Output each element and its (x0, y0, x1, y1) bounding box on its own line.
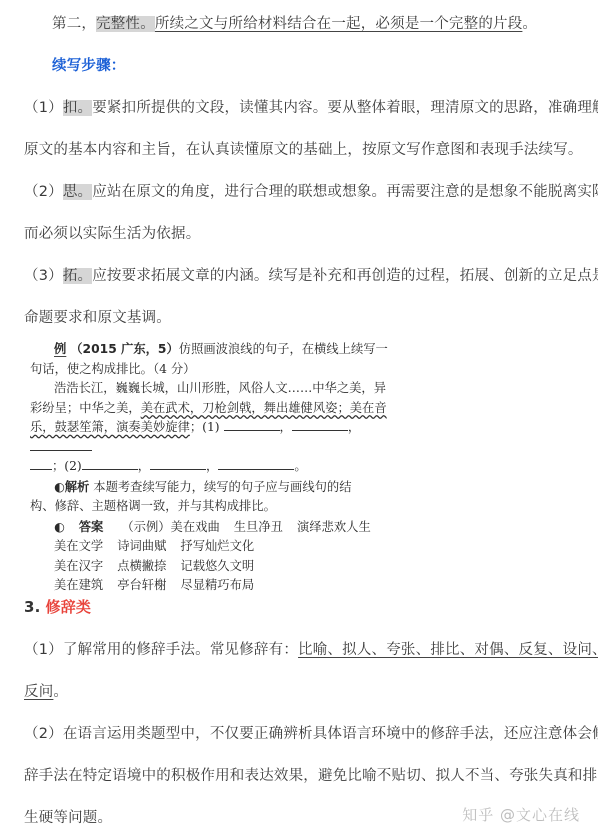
answer-cell: 美在文学 (54, 537, 103, 557)
answer-prefix: （示例） (121, 518, 170, 538)
answer-cell: 美在建筑 (54, 576, 103, 596)
answer-tag: 答案 (79, 518, 104, 538)
section-3-p1-line-2: 反问。 (24, 680, 68, 701)
example-analysis-line-1: ◐解析 本题考查续写能力，续写的句子应与画线句的结 (30, 477, 390, 498)
blank-sep: ， (280, 420, 292, 434)
answer-cell: 尽显精巧布局 (180, 576, 254, 596)
blank-sep: ， (206, 459, 218, 473)
answer-blank (82, 457, 138, 470)
answer-cell: 美在汉字 (54, 557, 103, 577)
example-answer-row-3: 美在汉字点横撇捺记载悠久文明 (30, 557, 390, 577)
example-image-block: 例 （2015 广东，5）仿照画波浪线的句子，在横线上续写一 句话，使之构成排比… (30, 340, 390, 596)
step-2-num: （2） (24, 184, 63, 200)
example-blank-line-2: ；(2)，，。 (30, 457, 390, 477)
section-3-p1-line-1: （1）了解常用的修辞手法。常见修辞有：比喻、拟人、夸张、排比、对偶、反复、设问、 (24, 638, 598, 659)
intro-line: 第二，完整性。所续之文与所给材料结合在一起，必须是一个完整的片段。 (52, 12, 537, 33)
p1-line2-underlined: 反问 (24, 684, 53, 700)
example-question-line-1: 例 （2015 广东，5）仿照画波浪线的句子，在横线上续写一 (30, 340, 390, 360)
answer-cell: 抒写灿烂文化 (180, 537, 254, 557)
answer-cell: 记载悠久文明 (180, 557, 254, 577)
answer-cell: 美在戏曲 (171, 518, 220, 538)
step-2-line-1: （2）思。应站在原文的角度，进行合理的联想或想象。再需要注意的是想象不能脱离实际… (24, 180, 598, 201)
section-3-p2-line-1: （2）在语言运用类题型中，不仅要正确辨析具体语言环境中的修辞手法，还应注意体会修 (24, 722, 598, 743)
passage-b-plain: 彩纷呈；中华之美， (30, 401, 141, 415)
step-2-highlight: 思。 (63, 184, 92, 200)
answer-blank (224, 418, 280, 431)
step-2-text-1: 应站在原文的角度，进行合理的联想或想象。再需要注意的是想象不能脱离实际， (92, 184, 598, 200)
passage-c-tail: ；(1) (190, 420, 220, 434)
step-3-highlight: 拓。 (63, 268, 92, 284)
example-passage-a: 浩浩长江，巍巍长城，山川形胜，风俗人文……中华之美，异 (30, 379, 390, 399)
example-label: 例 (54, 342, 66, 356)
section-3-heading: 3. 修辞类 (24, 596, 91, 617)
blank-end: 。 (294, 459, 306, 473)
answer-cell: 演绎悲欢人生 (297, 518, 371, 538)
step-3-line-2: 命题要求和原文基调。 (24, 306, 171, 327)
example-question-line-2: 句话，使之构成排比。（4 分） (30, 360, 390, 380)
step-3-line-1: （3）拓。应按要求拓展文章的内涵。续写是补充和再创造的过程，拓展、创新的立足点是 (24, 264, 598, 285)
answer-blank (150, 457, 206, 470)
step-1-text-1: 要紧扣所提供的文段，读懂其内容。要从整体着眼，理清原文的思路，准确理解 (92, 100, 598, 116)
passage-b-wavy: 美在武术，刀枪剑戟，舞出雄健风姿；美在音 (141, 401, 387, 415)
section-3-p2-line-3: 生硬等问题。 (24, 806, 112, 827)
example-passage-c: 乐，鼓瑟笙箫，演奏美妙旋律；(1) ，， (30, 418, 390, 457)
answer-blank (30, 438, 92, 451)
step-2-line-2: 而必须以实际生活为依据。 (24, 222, 200, 243)
example-analysis-line-2: 构、修辞、主题格调一致，并与其构成排比。 (30, 497, 390, 517)
example-source: （2015 广东，5） (70, 342, 179, 356)
analysis-marker-icon: ◐ (54, 479, 65, 494)
p1-line2-suffix: 。 (53, 684, 68, 700)
example-question-1: 仿照画波浪线的句子，在横线上续写一 (179, 342, 388, 356)
blank2-prefix: ；(2) (52, 459, 82, 473)
intro-suffix: 。 (522, 16, 537, 32)
step-1-num: （1） (24, 100, 63, 116)
example-answer-row-1: ◐答案（示例）美在戏曲生旦净丑演绎悲欢人生 (30, 517, 390, 538)
example-answer-row-2: 美在文学诗词曲赋抒写灿烂文化 (30, 537, 390, 557)
intro-underlined: 所续之文与所给材料结合在一起，必须是一个完整的片段 (155, 16, 523, 32)
answer-blank (30, 457, 52, 470)
step-1-line-1: （1）扣。要紧扣所提供的文段，读懂其内容。要从整体着眼，理清原文的思路，准确理解 (24, 96, 598, 117)
intro-prefix: 第二， (52, 16, 96, 32)
example-answer-row-4: 美在建筑亭台轩榭尽显精巧布局 (30, 576, 390, 596)
blank-sep: ， (138, 459, 150, 473)
watermark: 知乎 @文心在线 (462, 804, 580, 825)
answer-cell: 点横撇捺 (117, 557, 166, 577)
answer-cell: 生旦净丑 (234, 518, 283, 538)
analysis-tag: 解析 (65, 480, 90, 494)
answer-cell: 诗词曲赋 (117, 537, 166, 557)
step-1-line-2: 原文的基本内容和主旨，在认真读懂原文的基础上，按原文写作意图和表现手法续写。 (24, 138, 583, 159)
answer-cell: 亭台轩榭 (117, 576, 166, 596)
p1-prefix: （1）了解常用的修辞手法。常见修辞有： (24, 642, 298, 658)
section-3-p2-line-2: 辞手法在特定语境中的积极作用和表达效果，避免比喻不贴切、拟人不当、夸张失真和排比 (24, 764, 598, 785)
steps-heading: 续写步骤： (52, 54, 126, 75)
passage-c-wavy: 乐，鼓瑟笙箫，演奏美妙旋律 (30, 420, 190, 434)
answer-marker-icon: ◐ (54, 517, 65, 537)
section-3-num: 3. (24, 598, 41, 616)
answer-blank (218, 457, 294, 470)
answer-blank (292, 418, 348, 431)
section-3-title: 修辞类 (46, 598, 92, 616)
step-3-text-1: 应按要求拓展文章的内涵。续写是补充和再创造的过程，拓展、创新的立足点是 (92, 268, 598, 284)
step-3-num: （3） (24, 268, 63, 284)
intro-highlight: 完整性。 (96, 16, 155, 32)
p1-underlined: 比喻、拟人、夸张、排比、对偶、反复、设问、 (298, 642, 598, 658)
blank-sep: ， (348, 420, 360, 434)
example-passage-b: 彩纷呈；中华之美，美在武术，刀枪剑戟，舞出雄健风姿；美在音 (30, 399, 390, 419)
analysis-text-1: 本题考查续写能力，续写的句子应与画线句的结 (93, 480, 351, 494)
step-1-highlight: 扣。 (63, 100, 92, 116)
